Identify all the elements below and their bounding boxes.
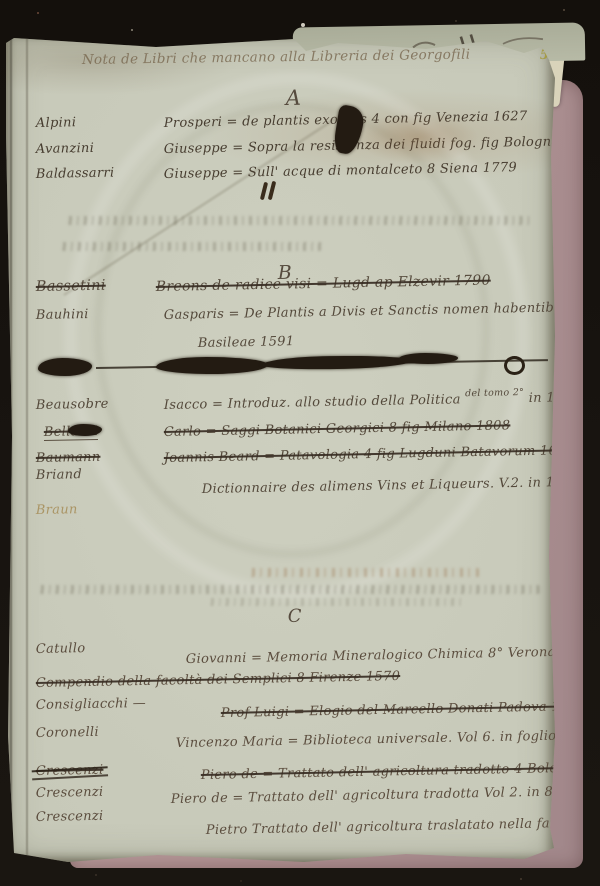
ink-bleedthrough bbox=[206, 598, 466, 606]
entry-text-line2: Basileae 1591 bbox=[198, 334, 295, 351]
entry-text: Vincenzo Maria = Biblioteca universale. … bbox=[176, 727, 600, 751]
page-fold-crease bbox=[26, 36, 28, 862]
section-letter-a: A bbox=[286, 86, 302, 110]
interlinear-insertion: del tomo 2° bbox=[465, 387, 524, 399]
author-name: Consigliacchi — bbox=[36, 696, 146, 713]
author-name: Crescenzi bbox=[36, 763, 104, 779]
dust-speckles bbox=[0, 0, 2, 2]
author-name: Catullo bbox=[36, 641, 86, 657]
author-name: Baumann bbox=[36, 450, 101, 466]
author-name: Coronelli bbox=[36, 725, 99, 741]
entry-text: Piero de = Trattato dell' agricoltura tr… bbox=[171, 783, 600, 807]
author-name: Crescenzi bbox=[36, 809, 104, 825]
faded-erased-line bbox=[64, 216, 532, 225]
author-name: Bauhini bbox=[36, 307, 89, 323]
ink-bleedthrough bbox=[36, 585, 541, 594]
entry-text: Prof Luigi = Elogio del Marcello Donati … bbox=[221, 699, 586, 721]
author-name: Braun bbox=[36, 502, 78, 518]
page-left-edge-crease bbox=[10, 36, 12, 862]
section-letter-c: C bbox=[288, 606, 302, 627]
ink-bleedthrough bbox=[246, 568, 481, 577]
entry-text: Giovanni = Memoria Mineralogico Chimica … bbox=[186, 644, 595, 667]
ink-blot-ring bbox=[504, 356, 525, 375]
faded-erased-line bbox=[58, 242, 323, 251]
author-name: Avanzini bbox=[36, 141, 95, 157]
author-name: Alpini bbox=[36, 115, 77, 131]
manuscript-page: Nota de Libri che mancano alla Libreria … bbox=[6, 36, 555, 862]
entry-text: Piero de = Trattato dell' agricoltura tr… bbox=[201, 760, 600, 783]
author-name: Bassetini bbox=[36, 278, 106, 295]
photograph-of-manuscript: Nota de Libri che mancano alla Libreria … bbox=[0, 0, 600, 886]
entry-text: Pietro Trattato dell' agricoltura trasla… bbox=[206, 816, 583, 838]
author-name: Crescenzi bbox=[36, 785, 104, 801]
author-name: Beausobre bbox=[36, 397, 109, 413]
ink-stain bbox=[358, 112, 478, 164]
struck-full-line: Compendio della facoltà dei Semplici 8 F… bbox=[36, 669, 401, 691]
author-name: Baldassarri bbox=[36, 165, 115, 182]
header-note: Nota de Libri che mancano alla Libreria … bbox=[82, 47, 471, 68]
author-name: Briand bbox=[36, 467, 82, 483]
